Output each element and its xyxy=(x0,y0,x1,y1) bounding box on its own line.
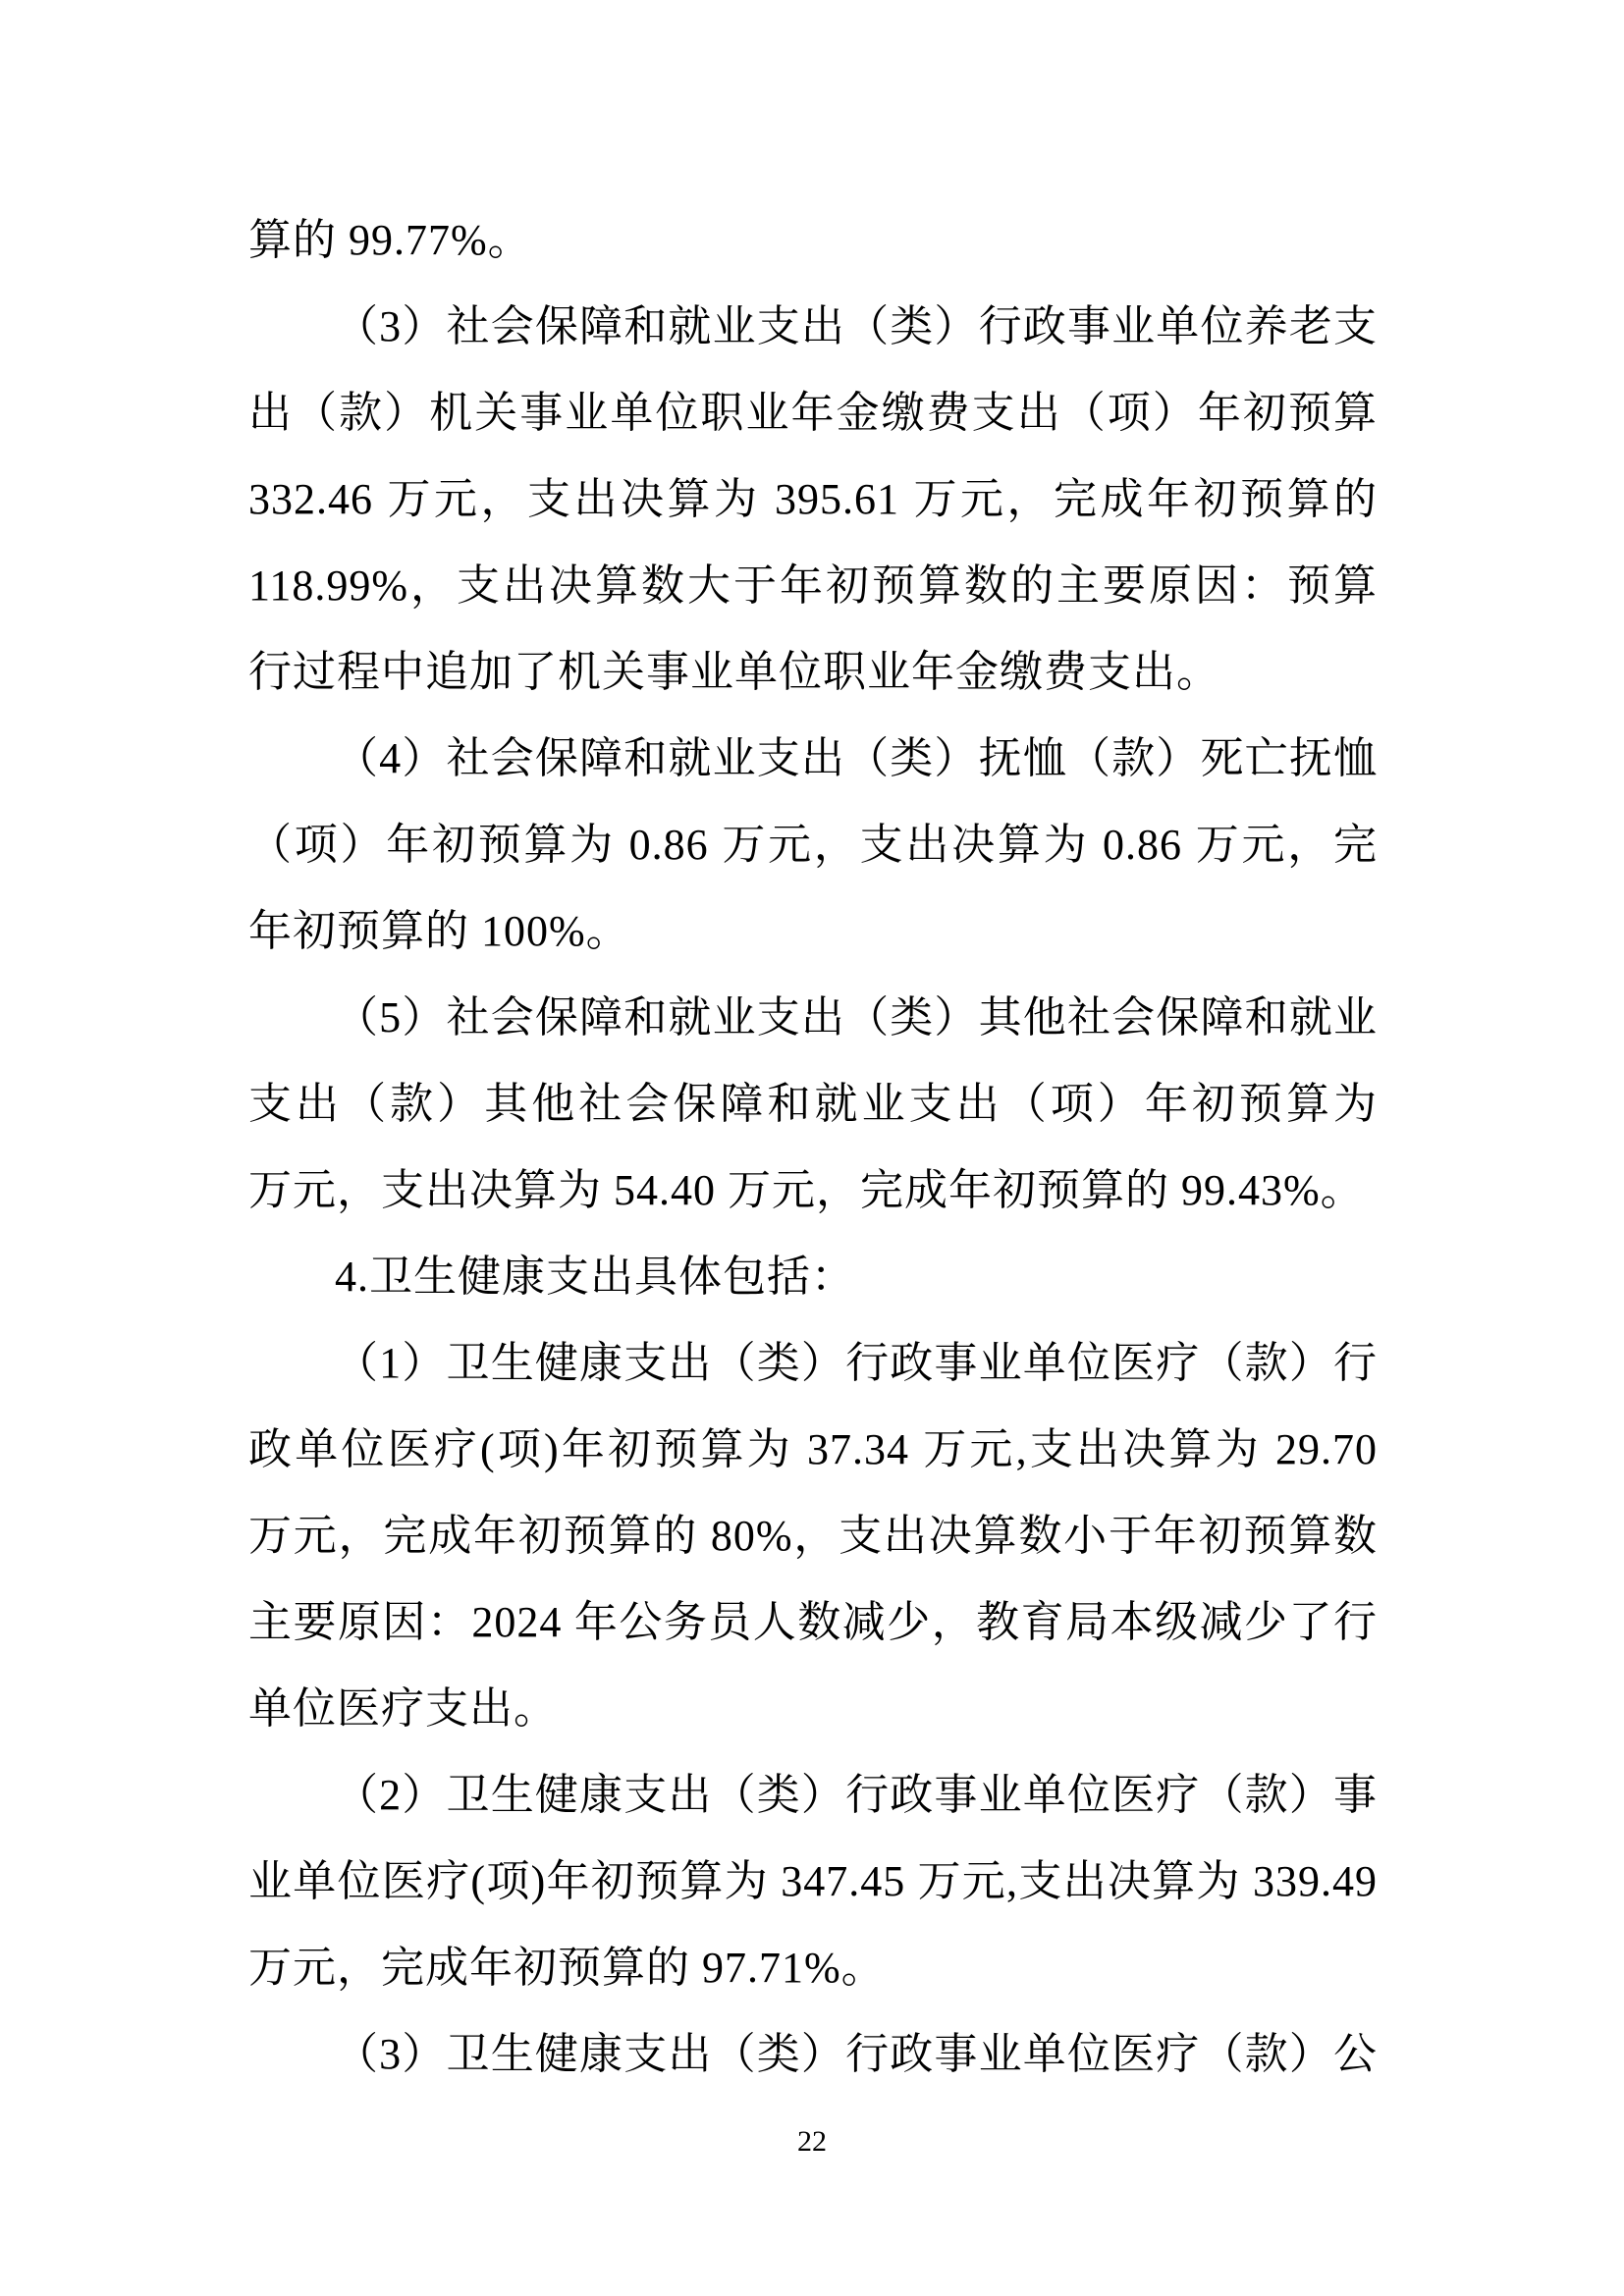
text-line: 支出（款）其他社会保障和就业支出（项）年初预算为 54.71 xyxy=(248,1061,1378,1148)
text-line: 万元，完成年初预算的 97.71%。 xyxy=(248,1925,1378,2011)
page-background: 算的 99.77%。（3）社会保障和就业支出（类）行政事业单位养老支出（款）机关… xyxy=(0,0,1624,2296)
text-line: 出（款）机关事业单位职业年金缴费支出（项）年初预算为 xyxy=(248,370,1378,456)
text-line: 算的 99.77%。 xyxy=(248,197,1378,284)
text-line: 332.46 万元，支出决算为 395.61 万元，完成年初预算的 xyxy=(248,456,1378,543)
text-line: 万元，完成年初预算的 80%，支出决算数小于年初预算数的 xyxy=(248,1493,1378,1579)
text-line: 年初预算的 100%。 xyxy=(248,888,1378,975)
text-line: 主要原因：2024 年公务员人数减少，教育局本级减少了行政 xyxy=(248,1579,1378,1666)
text-line: （3）社会保障和就业支出（类）行政事业单位养老支 xyxy=(248,284,1378,370)
text-line: （3）卫生健康支出（类）行政事业单位医疗（款）公 xyxy=(248,2011,1378,2098)
text-line: （1）卫生健康支出（类）行政事业单位医疗（款）行 xyxy=(248,1320,1378,1407)
text-line: 业单位医疗(项)年初预算为 347.45 万元,支出决算为 339.49 xyxy=(248,1839,1378,1925)
text-line: （4）社会保障和就业支出（类）抚恤（款）死亡抚恤 xyxy=(248,716,1378,802)
text-line: （项）年初预算为 0.86 万元，支出决算为 0.86 万元，完成 xyxy=(248,802,1378,888)
text-line: 行过程中追加了机关事业单位职业年金缴费支出。 xyxy=(248,629,1378,716)
text-line: 118.99%，支出决算数大于年初预算数的主要原因：预算执 xyxy=(248,543,1378,629)
text-line: 单位医疗支出。 xyxy=(248,1666,1378,1752)
text-block: 算的 99.77%。（3）社会保障和就业支出（类）行政事业单位养老支出（款）机关… xyxy=(248,197,1378,2098)
text-line: 万元，支出决算为 54.40 万元，完成年初预算的 99.43%。 xyxy=(248,1148,1378,1234)
page-number: 22 xyxy=(0,2120,1624,2163)
text-line: 政单位医疗(项)年初预算为 37.34 万元,支出决算为 29.70 xyxy=(248,1407,1378,1493)
text-line: （2）卫生健康支出（类）行政事业单位医疗（款）事 xyxy=(248,1752,1378,1839)
text-line: 4.卫生健康支出具体包括： xyxy=(248,1234,1378,1320)
text-line: （5）社会保障和就业支出（类）其他社会保障和就业 xyxy=(248,975,1378,1061)
document-page: { "document": { "page_number": "22", "ba… xyxy=(0,0,1624,2296)
